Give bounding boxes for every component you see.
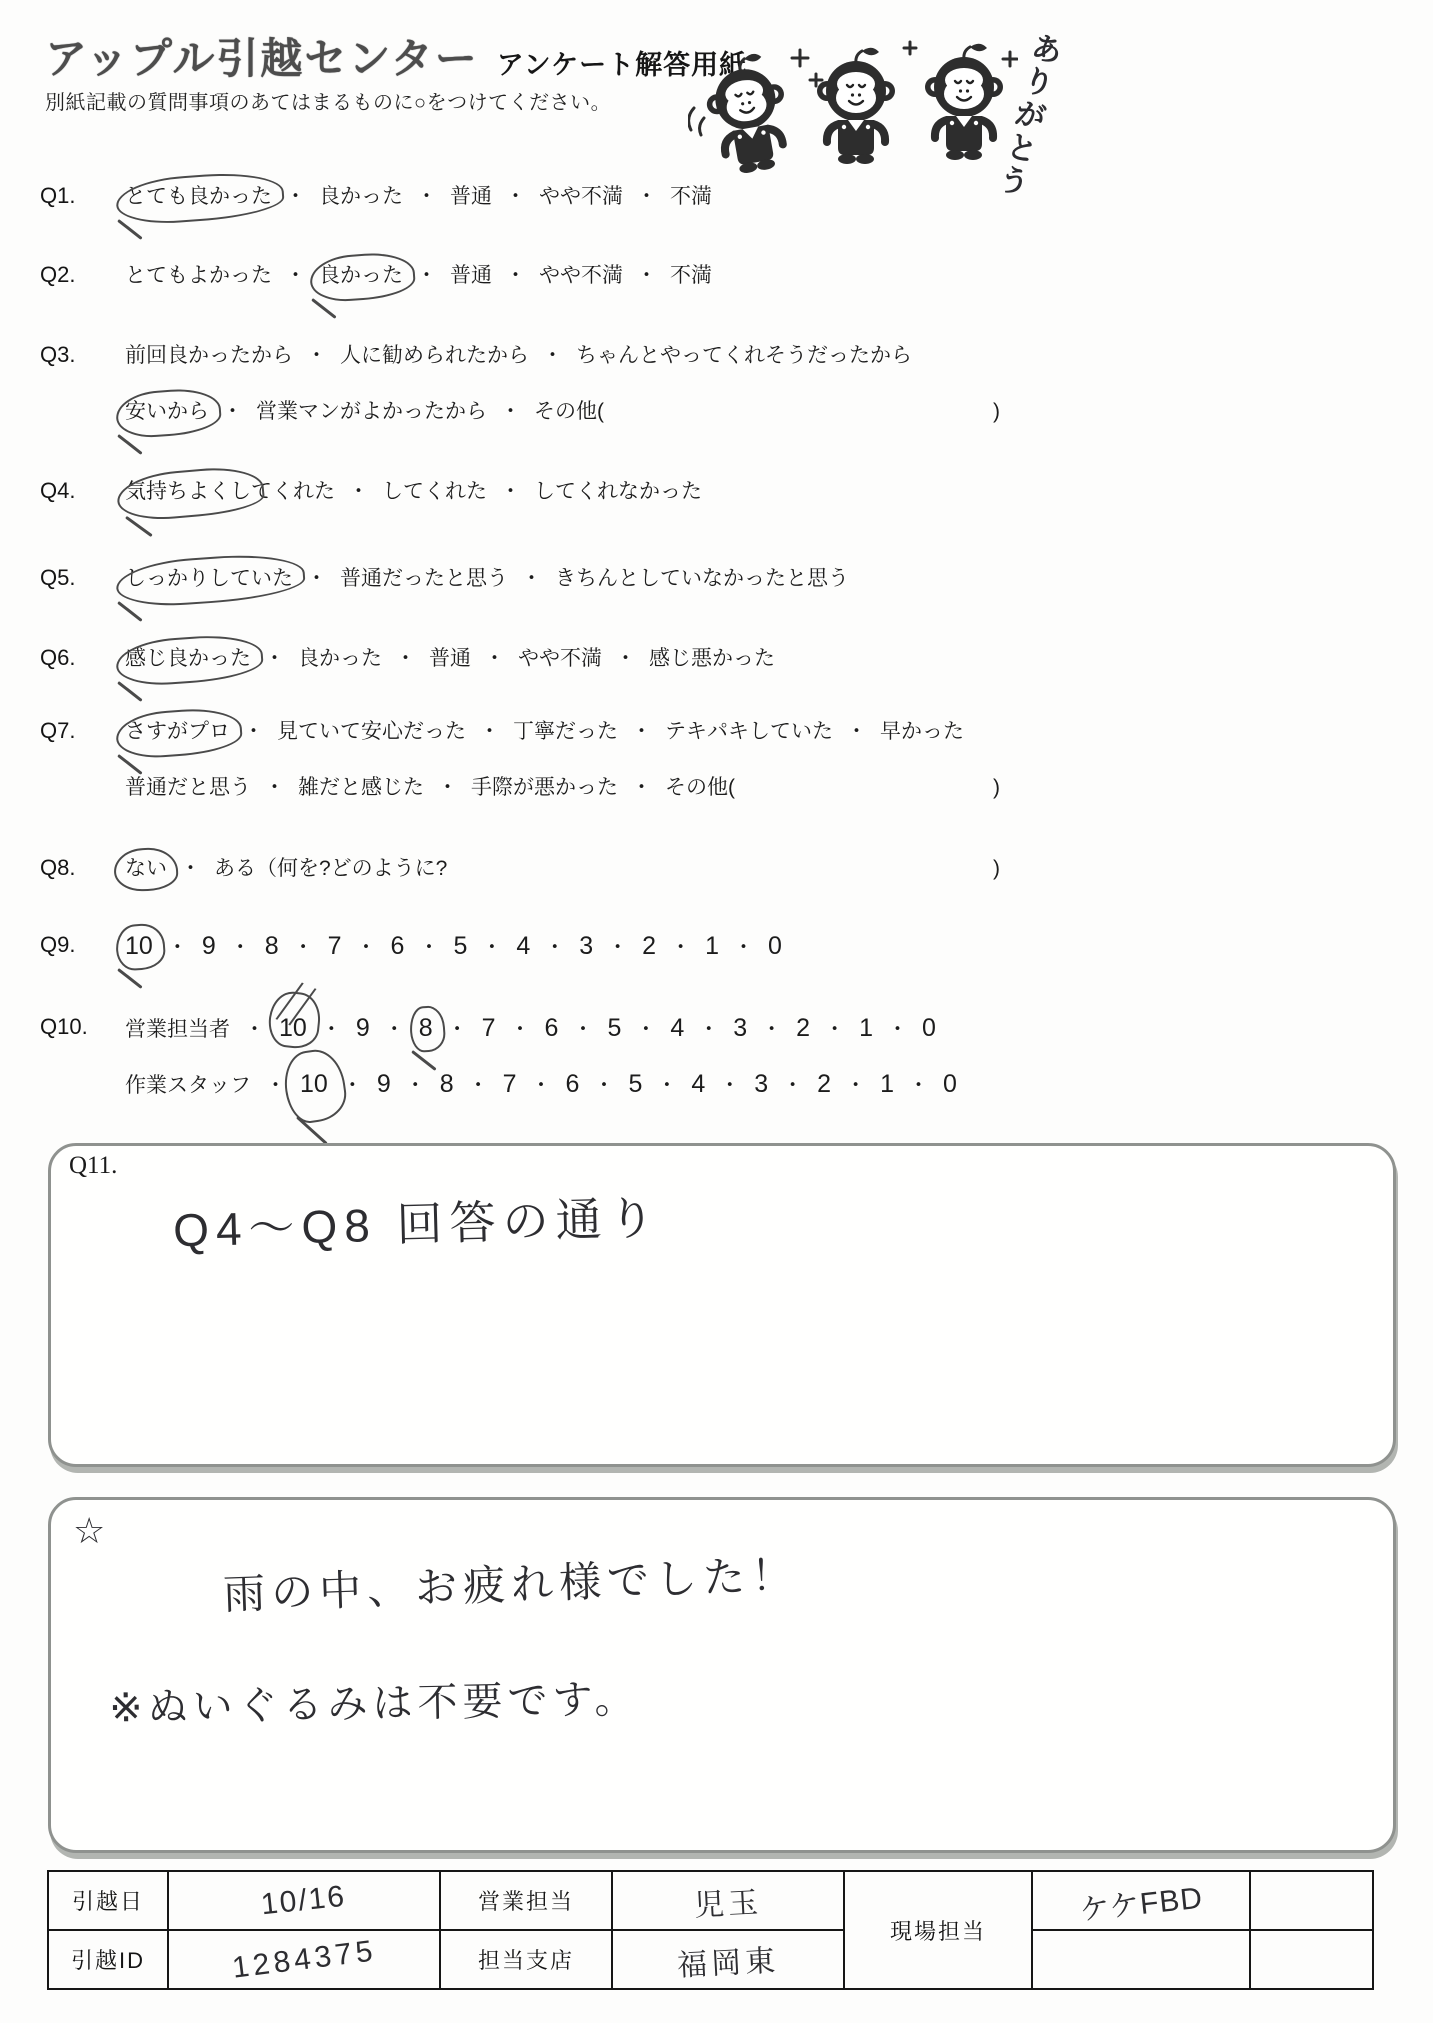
option: やや不満: [518, 645, 602, 673]
option-separator: ・: [348, 480, 369, 503]
option-separator: ・: [521, 567, 542, 590]
option-separator: ・: [395, 647, 416, 670]
question-q5: Q5.しっかりしていた・普通だったと思う・きちんとしていなかったと思う: [40, 565, 1409, 593]
option: 0: [768, 932, 782, 960]
option: 9: [202, 932, 216, 960]
branch-cell: 福岡東: [612, 1930, 844, 1989]
option: 2: [642, 932, 656, 960]
option: 3: [754, 1070, 768, 1098]
sales-rep-label: 営業担当: [440, 1871, 612, 1930]
option: 良かった: [319, 183, 403, 211]
option-separator: ・: [824, 1018, 845, 1041]
option: やや不満: [539, 262, 623, 290]
question-q8: Q8.ない・ある（何を?どのように?): [40, 855, 1409, 883]
option-separator: ・: [180, 857, 201, 880]
option: 3: [733, 1014, 747, 1042]
option-separator: ・: [416, 185, 437, 208]
option: 作業スタッフ: [125, 1072, 251, 1100]
option-separator: ・: [167, 936, 188, 959]
site-rep-value: ケケFBD: [1077, 1872, 1205, 1929]
option: 前回良かったから: [125, 342, 293, 370]
option: 普通: [450, 262, 492, 290]
option-separator: ・: [505, 185, 526, 208]
option-separator: ・: [264, 776, 285, 799]
option: 3: [579, 932, 593, 960]
table-row: 引越ID 1284375 担当支店 福岡東: [48, 1930, 1373, 1989]
option-separator: ・: [719, 1074, 740, 1097]
option-separator: ・: [285, 264, 306, 287]
option-separator: ・: [531, 1074, 552, 1097]
option: きちんとしていなかったと思う: [555, 565, 849, 593]
option-separator: ・: [631, 720, 652, 743]
option-separator: ・: [264, 647, 285, 670]
option-separator: ・: [244, 1018, 265, 1041]
option-circled: しっかりしていた: [125, 565, 293, 593]
move-id-label: 引越ID: [48, 1930, 168, 1989]
option: 感じ悪かった: [649, 645, 775, 673]
question-label: Q10.: [40, 1014, 88, 1040]
option: 0: [943, 1070, 957, 1098]
move-date-label: 引越日: [48, 1871, 168, 1930]
option-separator: ・: [656, 1074, 677, 1097]
option: 1: [880, 1070, 894, 1098]
option: 見ていて安心だった: [277, 718, 466, 746]
question-label: Q6.: [40, 645, 75, 671]
option-circled: さすがプロ: [125, 718, 230, 746]
option-circled: とても良かった: [125, 183, 272, 211]
option-separator: ・: [510, 1018, 531, 1041]
option-separator: ・: [846, 720, 867, 743]
move-id-value: 1284375: [230, 1934, 378, 1985]
question-options-line: 作業スタッフ・10・9・8・7・6・5・4・3・2・1・0: [125, 1070, 1409, 1098]
option-separator: ・: [572, 1018, 593, 1041]
option-separator: ・: [542, 344, 563, 367]
option-separator: ・: [356, 936, 377, 959]
option-separator: ・: [615, 647, 636, 670]
instruction-text: 別紙記載の質問事項のあてはまるものに○をつけてください。: [45, 86, 611, 115]
option: テキパキしていた: [665, 718, 833, 746]
move-date-cell: 10/16: [168, 1871, 440, 1930]
option-separator: ・: [416, 264, 437, 287]
site-rep-label: 現場担当: [844, 1871, 1032, 1989]
option: 営業担当者: [125, 1016, 230, 1044]
comment-line-2: ※ぬいぐるみは不要です。: [109, 1667, 640, 1733]
option-separator: ・: [635, 1018, 656, 1041]
comment-line-1: 雨の中、お疲れ様でした！: [222, 1542, 800, 1622]
question-options-line: ない・ある（何を?どのように?): [125, 855, 1409, 883]
question-label: Q1.: [40, 183, 75, 209]
option: 8: [440, 1070, 454, 1098]
option-separator: ・: [306, 567, 327, 590]
option: 普通: [429, 645, 471, 673]
move-id-cell: 1284375: [168, 1930, 440, 1989]
option: 2: [817, 1070, 831, 1098]
question-options-line: しっかりしていた・普通だったと思う・きちんとしていなかったと思う: [125, 565, 1409, 593]
option: 普通だったと思う: [340, 565, 508, 593]
option-circled: 10: [300, 1070, 328, 1098]
move-date-value: 10/16: [260, 1879, 348, 1922]
question-label: Q5.: [40, 565, 75, 591]
question-label: Q2.: [40, 262, 75, 288]
option-separator: ・: [670, 936, 691, 959]
question-q10: Q10.営業担当者・10・9・8・7・6・5・4・3・2・1・0作業スタッフ・1…: [40, 1014, 1409, 1098]
option: 4: [670, 1014, 684, 1042]
option-separator: ・: [636, 185, 657, 208]
option-separator: ・: [908, 1074, 929, 1097]
question-q6: Q6.感じ良かった・良かった・普通・やや不満・感じ悪かった: [40, 645, 1409, 673]
option: 5: [607, 1014, 621, 1042]
option-separator: ・: [733, 936, 754, 959]
option: 丁寧だった: [513, 718, 618, 746]
question-options-line: 気持ちよくしてくれた・してくれた・してくれなかった: [125, 478, 1409, 506]
close-paren: ): [993, 398, 1000, 426]
option: やや不満: [539, 183, 623, 211]
option-separator: ・: [607, 936, 628, 959]
empty-cell: [1250, 1871, 1373, 1930]
option-separator: ・: [285, 185, 306, 208]
option-separator: ・: [481, 936, 502, 959]
branch-value: 福岡東: [676, 1935, 780, 1984]
header: アップル引越センター アンケート解答用紙: [45, 26, 747, 86]
question-label: Q9.: [40, 932, 75, 958]
option: ちゃんとやってくれそうだったから: [576, 342, 912, 370]
option-separator: ・: [243, 720, 264, 743]
option: その他(: [665, 774, 735, 802]
option: 9: [356, 1014, 370, 1042]
option: 2: [796, 1014, 810, 1042]
option-separator: ・: [468, 1074, 489, 1097]
survey-sheet-page: アップル引越センター アンケート解答用紙 別紙記載の質問事項のあてはまるものに○…: [0, 0, 1433, 2023]
sales-rep-value: 児玉: [693, 1877, 763, 1924]
option: 8: [265, 932, 279, 960]
option-separator: ・: [544, 936, 565, 959]
option-separator: ・: [418, 936, 439, 959]
option-separator: ・: [631, 776, 652, 799]
question-options-line: 安いから・営業マンがよかったから・その他(): [125, 398, 1409, 426]
empty-cell: [1250, 1930, 1373, 1989]
comment-box: ☆ 雨の中、お疲れ様でした！ ※ぬいぐるみは不要です。: [48, 1497, 1396, 1853]
option-separator: ・: [321, 1018, 342, 1041]
question-options-line: とてもよかった・良かった・普通・やや不満・不満: [125, 262, 1409, 290]
option: 良かった: [298, 645, 382, 673]
option: 不満: [670, 262, 712, 290]
option-circled: 安いから: [125, 398, 209, 426]
option-separator: ・: [845, 1074, 866, 1097]
option: ある（何を?どのように?: [214, 855, 447, 883]
option-separator: ・: [500, 400, 521, 423]
q11-answer-box: Q11. Q4～Q8 回答の通り: [48, 1143, 1396, 1467]
option-separator: ・: [593, 1074, 614, 1097]
table-row: 引越日 10/16 営業担当 児玉 現場担当 ケケFBD: [48, 1871, 1373, 1930]
option-separator: ・: [447, 1018, 468, 1041]
option: 6: [391, 932, 405, 960]
option-separator: ・: [782, 1074, 803, 1097]
option: 営業マンがよかったから: [256, 398, 487, 426]
star-icon: ☆: [73, 1510, 105, 1552]
option-separator: ・: [505, 264, 526, 287]
sales-rep-cell: 児玉: [612, 1871, 844, 1930]
option: 早かった: [880, 718, 964, 746]
option: してくれた: [382, 478, 487, 506]
option-separator: ・: [761, 1018, 782, 1041]
branch-label: 担当支店: [440, 1930, 612, 1989]
option: 5: [453, 932, 467, 960]
option: 9: [377, 1070, 391, 1098]
option: 1: [705, 932, 719, 960]
question-options-line: とても良かった・良かった・普通・やや不満・不満: [125, 183, 1409, 211]
question-label: Q7.: [40, 718, 75, 744]
question-options-line: 10・9・8・7・6・5・4・3・2・1・0: [125, 932, 1409, 960]
close-paren: ): [993, 774, 1000, 802]
footer-table: 引越日 10/16 営業担当 児玉 現場担当 ケケFBD 引越ID 128437…: [47, 1870, 1374, 1990]
option: 7: [503, 1070, 517, 1098]
question-q4: Q4.気持ちよくしてくれた・してくれた・してくれなかった: [40, 478, 1409, 506]
question-q2: Q2.とてもよかった・良かった・普通・やや不満・不満: [40, 262, 1409, 290]
option: 人に勧められたから: [340, 342, 529, 370]
option-separator: ・: [437, 776, 458, 799]
option-separator: ・: [384, 1018, 405, 1041]
option: 4: [516, 932, 530, 960]
option-separator: ・: [265, 1074, 286, 1097]
option-circled: 10: [125, 932, 153, 960]
option: 手際が悪かった: [471, 774, 618, 802]
option-circled: 感じ良かった: [125, 645, 251, 673]
option-circled: ない: [125, 855, 167, 883]
question-options-line: 普通だと思う・雑だと感じた・手際が悪かった・その他(): [125, 774, 1409, 802]
question-label: Q4.: [40, 478, 75, 504]
question-label: Q8.: [40, 855, 75, 881]
option-separator: ・: [636, 264, 657, 287]
question-label: Q3.: [40, 342, 75, 368]
option-separator: ・: [293, 936, 314, 959]
monkey-mascots-icon: [688, 30, 1018, 180]
option-circled: 10: [279, 1014, 307, 1042]
option: 普通: [450, 183, 492, 211]
question-options-line: さすがプロ・見ていて安心だった・丁寧だった・テキパキしていた・早かった: [125, 718, 1409, 746]
close-paren: ): [993, 855, 1000, 883]
page-title: アップル引越センター: [45, 26, 479, 86]
option: 0: [922, 1014, 936, 1042]
question-q1: Q1.とても良かった・良かった・普通・やや不満・不満: [40, 183, 1409, 211]
question-q9: Q9.10・9・8・7・6・5・4・3・2・1・0: [40, 932, 1409, 960]
option-separator: ・: [222, 400, 243, 423]
option: 不満: [670, 183, 712, 211]
option-separator: ・: [500, 480, 521, 503]
option-circled: 8: [419, 1014, 433, 1042]
question-options-line: 前回良かったから・人に勧められたから・ちゃんとやってくれそうだったから: [125, 342, 1409, 370]
q11-handwriting: Q4～Q8 回答の通り: [172, 1182, 662, 1261]
q11-label: Q11.: [69, 1152, 117, 1180]
option: 1: [859, 1014, 873, 1042]
option: その他(: [534, 398, 604, 426]
question-q3: Q3.前回良かったから・人に勧められたから・ちゃんとやってくれそうだったから安い…: [40, 342, 1409, 426]
option: 5: [628, 1070, 642, 1098]
option: 7: [328, 932, 342, 960]
option: 雑だと感じた: [298, 774, 424, 802]
option: 6: [545, 1014, 559, 1042]
option-separator: ・: [306, 344, 327, 367]
option-separator: ・: [230, 936, 251, 959]
option: 7: [482, 1014, 496, 1042]
option: してくれなかった: [534, 478, 702, 506]
question-options-line: 感じ良かった・良かった・普通・やや不満・感じ悪かった: [125, 645, 1409, 673]
option-separator: ・: [887, 1018, 908, 1041]
option-separator: ・: [698, 1018, 719, 1041]
empty-cell: [1032, 1930, 1250, 1989]
site-rep-cell: ケケFBD: [1032, 1871, 1250, 1930]
option-separator: ・: [342, 1074, 363, 1097]
option-circled: 気持ちよくしてくれた: [125, 478, 335, 506]
option: 4: [691, 1070, 705, 1098]
option-circled: 良かった: [319, 262, 403, 290]
option-separator: ・: [484, 647, 505, 670]
question-q7: Q7.さすがプロ・見ていて安心だった・丁寧だった・テキパキしていた・早かった普通…: [40, 718, 1409, 802]
option-separator: ・: [479, 720, 500, 743]
option: 6: [566, 1070, 580, 1098]
question-options-line: 営業担当者・10・9・8・7・6・5・4・3・2・1・0: [125, 1014, 1409, 1042]
option: 普通だと思う: [125, 774, 251, 802]
option-separator: ・: [405, 1074, 426, 1097]
option: とてもよかった: [125, 262, 272, 290]
